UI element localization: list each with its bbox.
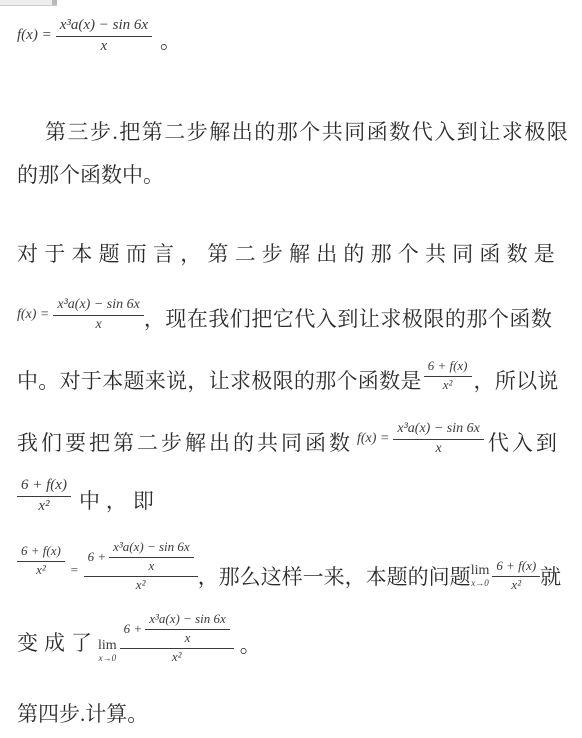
fraction-numerator: x³a(x) − sin 6x <box>145 612 230 630</box>
formula-fx-inline: f(x) = x³a(x) − sin 6x x <box>17 297 144 333</box>
numerator-content: 6 + x³a(x) − sin 6x x <box>124 612 230 646</box>
fraction-numerator: 6 + x³a(x) − sin 6x x <box>120 612 234 649</box>
paragraph2-lineA: 对于本题而言，第二步解出的那个共同函数是 <box>17 239 565 269</box>
lineE-text-after: 中，即 <box>79 485 160 515</box>
limit-expression: lim x→0 6 + f(x) x² <box>471 559 540 593</box>
fraction-denominator: x <box>101 37 108 55</box>
fraction-denominator: x² <box>511 577 521 593</box>
lineC-text-after: ，所以说 <box>474 365 559 395</box>
lim-operator: lim x→0 <box>471 564 490 588</box>
paragraph-step4: 第四步.计算。 <box>17 699 565 729</box>
fraction: x³a(x) − sin 6x x <box>393 421 483 457</box>
fraction-denominator: x² <box>36 562 46 578</box>
lineG-text-before: 变成了 <box>17 627 98 657</box>
lineD-text-after: 代入到 <box>488 427 560 457</box>
fraction-denominator: x <box>149 558 155 574</box>
lineF-text-end: 就 <box>540 561 561 591</box>
inner-fraction: x³a(x) − sin 6x x <box>145 612 230 646</box>
cropped-box-artifact <box>0 0 57 6</box>
fraction: x³a(x) − sin 6x x <box>56 17 152 56</box>
six-plus: 6 + <box>124 622 143 637</box>
fraction-denominator: x <box>185 630 191 646</box>
lim-subscript: x→0 <box>471 579 489 588</box>
paragraph2-lineF: 6 + f(x) x² = 6 + x³a(x) − sin 6x x <box>17 521 565 593</box>
fraction-denominator: x² <box>443 377 453 393</box>
paragraph2-lineB: f(x) = x³a(x) − sin 6x x ，现在我们把它代入到让求极限的… <box>17 281 565 333</box>
formula-fx-inline: f(x) = x³a(x) − sin 6x x <box>357 421 484 457</box>
fraction-numerator: 6 + x³a(x) − sin 6x x <box>84 540 198 577</box>
formula-fx: f(x) = x³a(x) − sin 6x x <box>17 17 152 56</box>
inner-fraction: x³a(x) − sin 6x x <box>109 540 194 574</box>
fraction-denominator: x <box>435 440 441 457</box>
paragraph2-lineE: 6 + f(x) x² 中，即 <box>17 463 565 515</box>
lim-word: lim <box>471 564 490 578</box>
paragraph2-lineG: 变成了 lim x→0 6 + x³a(x) − sin 6x x <box>17 597 565 665</box>
sentence-period: 。 <box>240 629 261 659</box>
limit-expression-big: lim x→0 6 + x³a(x) − sin 6x x x² <box>98 612 234 665</box>
formula-fx-lhs: f(x) = <box>17 27 52 44</box>
paragraph2-lineD: 我们要把第二步解出的共同函数 f(x) = x³a(x) − sin 6x x … <box>17 403 565 457</box>
big-nested-fraction: 6 + x³a(x) − sin 6x x x² <box>120 612 234 665</box>
fraction-numerator: x³a(x) − sin 6x <box>393 421 483 440</box>
lim-operator: lim x→0 <box>98 639 117 663</box>
lineC-text-before: 中。对于本题来说，让求极限的那个函数是 <box>17 365 422 395</box>
cropped-box-artifact-edge <box>52 0 57 5</box>
equals-sign: = <box>70 563 79 578</box>
fraction-numerator: x³a(x) − sin 6x <box>109 540 194 558</box>
display-formula-fx: f(x) = x³a(x) − sin 6x x 。 <box>17 7 565 55</box>
paragraph2-lineC: 中。对于本题来说，让求极限的那个函数是 6 + f(x) x² ，所以说 <box>17 345 565 395</box>
paragraph-step3-line1: 第三步.把第二步解出的那个共同函数代入到让求极限 <box>17 111 565 154</box>
fraction-numerator: x³a(x) − sin 6x <box>53 297 143 316</box>
fraction-denominator: x <box>95 316 101 333</box>
big-nested-fraction: 6 + x³a(x) − sin 6x x x² <box>84 540 198 593</box>
fraction-numerator: x³a(x) − sin 6x <box>56 17 152 37</box>
fraction-numerator: 6 + f(x) <box>492 559 540 577</box>
fraction-numerator: 6 + f(x) <box>17 477 71 497</box>
lim-subscript: x→0 <box>99 654 117 663</box>
formula-fx-lhs: f(x) = <box>17 307 49 323</box>
equation-substitution: 6 + f(x) x² = 6 + x³a(x) − sin 6x x <box>17 540 198 593</box>
document-page: f(x) = x³a(x) − sin 6x x 。 第三步.把第二步解出的那个… <box>0 0 582 738</box>
fraction-denominator: x² <box>136 577 146 593</box>
lineB-text: ，现在我们把它代入到让求极限的那个函数 <box>144 303 553 333</box>
lineD-text-before: 我们要把第二步解出的共同函数 <box>17 427 353 457</box>
fraction-numerator: 6 + f(x) <box>17 544 65 562</box>
paragraph-step3-line2: 的那个函数中。 <box>17 154 565 197</box>
fraction: x³a(x) − sin 6x x <box>53 297 143 333</box>
lineF-text-mid: ，那么这样一来，本题的问题 <box>198 561 471 591</box>
fraction-denominator: x² <box>38 497 49 515</box>
fraction-denominator: x² <box>172 649 182 665</box>
six-plus: 6 + <box>88 550 107 565</box>
fraction-six-fx: 6 + f(x) x² <box>17 544 65 578</box>
lim-word: lim <box>98 639 117 653</box>
document-content: f(x) = x³a(x) − sin 6x x 。 第三步.把第二步解出的那个… <box>0 7 582 729</box>
fraction-six-fx: 6 + f(x) x² <box>424 359 472 393</box>
formula-fx-lhs: f(x) = <box>357 431 389 447</box>
fraction-six-fx: 6 + f(x) x² <box>17 477 71 516</box>
numerator-content: 6 + x³a(x) − sin 6x x <box>88 540 194 574</box>
fraction-six-fx: 6 + f(x) x² <box>492 559 540 593</box>
sentence-period: 。 <box>160 25 181 55</box>
fraction-numerator: 6 + f(x) <box>424 359 472 377</box>
